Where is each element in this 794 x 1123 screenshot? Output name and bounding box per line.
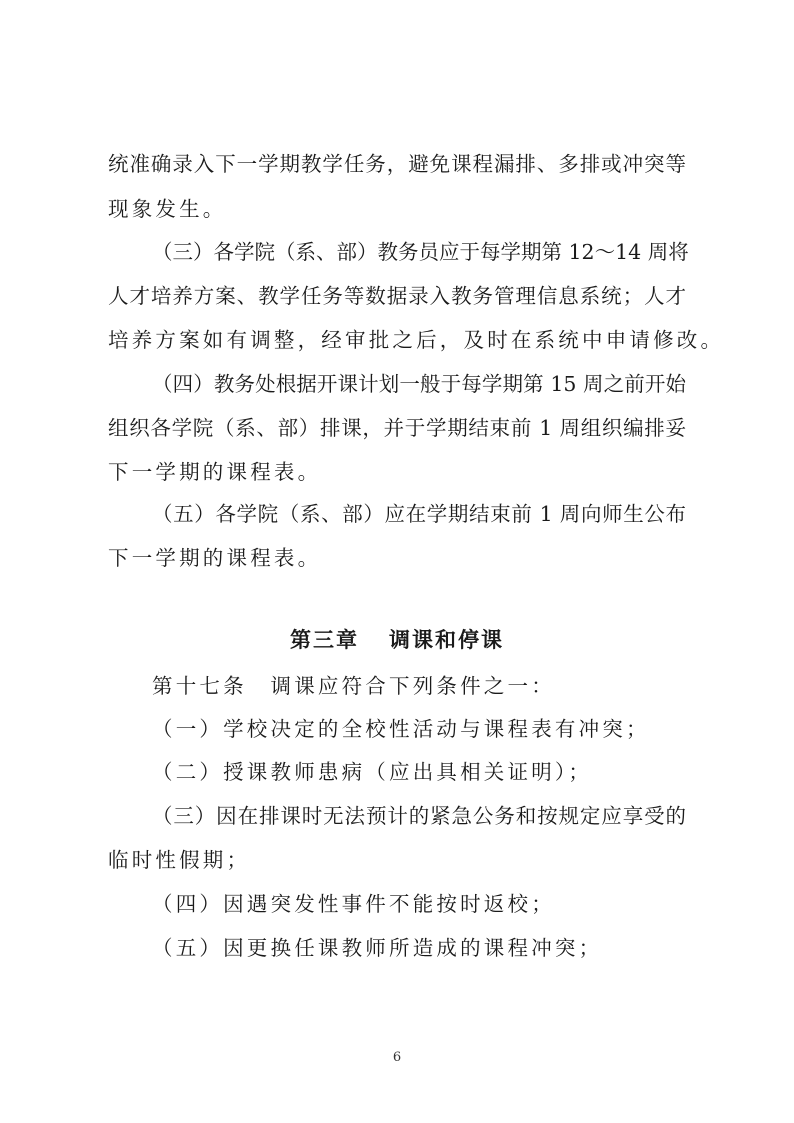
text-line: （四）因遇突发性事件不能按时返校； [152,890,732,918]
text-line: 下一学期的课程表。 [108,544,688,572]
text-line: 第十七条 调课应符合下列条件之一： [152,672,732,700]
text-line: 临时性假期； [108,846,688,874]
text-line: 组织各学院（系、部）排课，并于学期结束前 1 周组织编排妥 [108,414,686,442]
text-line: （四）教务处根据开课计划一般于每学期第 15 周之前开始 [152,370,686,398]
text-line: 人才培养方案、教学任务等数据录入教务管理信息系统；人才 [108,282,686,310]
text-line: （一）学校决定的全校性活动与课程表有冲突； [152,715,732,743]
text-line: 统准确录入下一学期教学任务，避免课程漏排、多排或冲突等 [108,150,686,178]
text-line: （三）因在排课时无法预计的紧急公务和按规定应享受的 [152,802,686,830]
chapter-title: 调课和停课 [389,627,504,652]
chapter-number: 第三章 [290,627,359,652]
text-line: 下一学期的课程表。 [108,458,688,486]
text-line: （二）授课教师患病（应出具相关证明）； [152,758,732,786]
text-line: （五）因更换任课教师所造成的课程冲突； [152,934,732,962]
page-number: 6 [0,1050,794,1065]
text-line: 现象发生。 [108,195,688,223]
text-line: 培养方案如有调整，经审批之后，及时在系统中申请修改。 [108,326,688,354]
chapter-heading: 第三章调课和停课 [0,626,794,654]
text-line: （三）各学院（系、部）教务员应于每学期第 12～14 周将 [152,238,686,266]
text-line: （五）各学院（系、部）应在学期结束前 1 周向师生公布 [152,500,686,528]
